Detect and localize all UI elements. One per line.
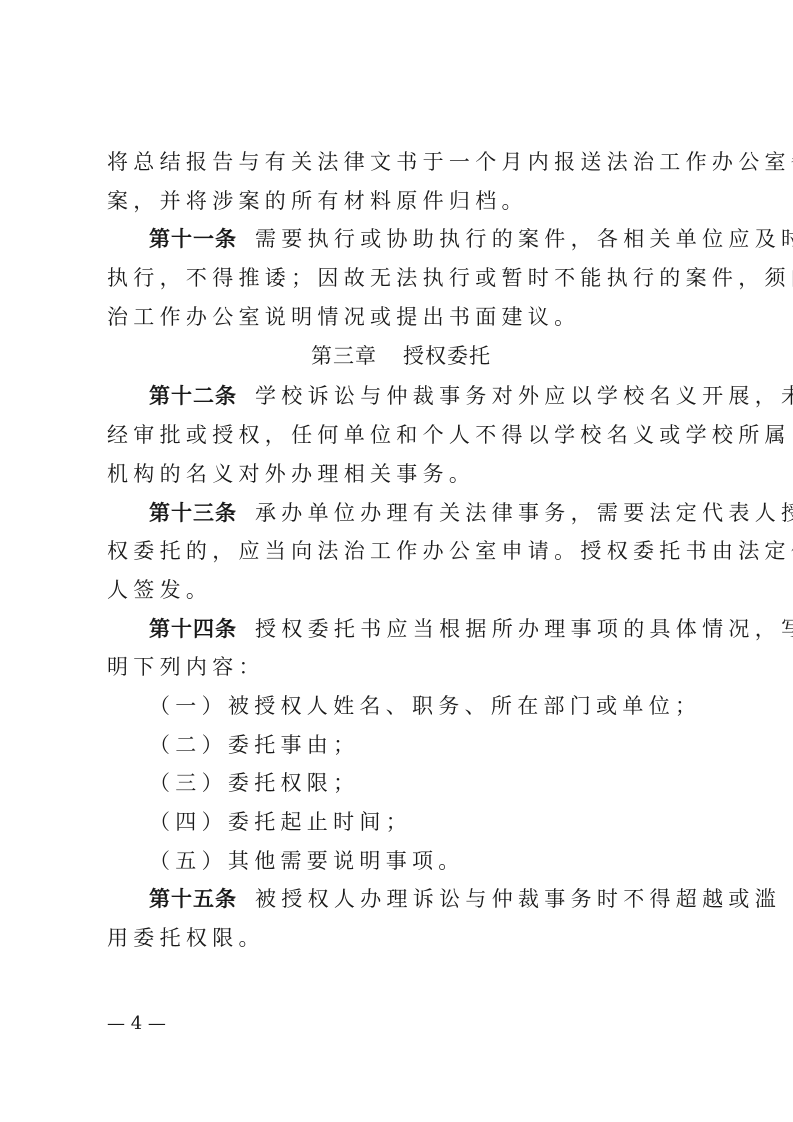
page-number: — 4 —: [107, 1012, 166, 1036]
article-13-label: 第十三条: [149, 501, 237, 525]
paragraph-line: 执行，不得推诿；因故无法执行或暂时不能执行的案件，须向法: [107, 259, 695, 298]
list-item: （五）其他需要说明事项。: [107, 842, 695, 881]
article-11-first-line: 第十一条需要执行或协助执行的案件，各相关单位应及时: [107, 220, 695, 259]
article-11-label: 第十一条: [149, 227, 237, 251]
paragraph-line: 权委托的，应当向法治工作办公室申请。授权委托书由法定代表: [107, 532, 695, 571]
article-15-text: 被授权人办理诉讼与仲裁事务时不得超越或滥: [255, 887, 781, 911]
article-14-first-line: 第十四条授权委托书应当根据所办理事项的具体情况，写: [107, 610, 695, 649]
article-14-label: 第十四条: [149, 617, 237, 641]
chapter-title: 授权委托: [403, 344, 491, 368]
article-12-label: 第十二条: [149, 384, 237, 408]
paragraph-line: 经审批或授权，任何单位和个人不得以学校名义或学校所属内设: [107, 416, 695, 455]
article-13-first-line: 第十三条承办单位办理有关法律事务，需要法定代表人授: [107, 494, 695, 533]
paragraph-line: 案，并将涉案的所有材料原件归档。: [107, 182, 695, 221]
paragraph-line: 机构的名义对外办理相关事务。: [107, 455, 695, 494]
paragraph-line: 明下列内容：: [107, 648, 695, 687]
article-14-text: 授权委托书应当根据所办理事项的具体情况，写: [255, 617, 793, 641]
paragraph-line: 将总结报告与有关法律文书于一个月内报送法治工作办公室备: [107, 143, 695, 182]
list-item: （三）委托权限；: [107, 764, 695, 803]
list-item: （二）委托事由；: [107, 726, 695, 765]
article-11-text: 需要执行或协助执行的案件，各相关单位应及时: [255, 227, 793, 251]
list-item: （一）被授权人姓名、职务、所在部门或单位；: [107, 687, 695, 726]
chapter-heading: 第三章授权委托: [107, 336, 695, 377]
list-item: （四）委托起止时间；: [107, 803, 695, 842]
document-page: 将总结报告与有关法律文书于一个月内报送法治工作办公室备 案，并将涉案的所有材料原…: [0, 0, 793, 1122]
document-body: 将总结报告与有关法律文书于一个月内报送法治工作办公室备 案，并将涉案的所有材料原…: [107, 143, 695, 958]
article-12-first-line: 第十二条学校诉讼与仲裁事务对外应以学校名义开展，未: [107, 377, 695, 416]
article-12-text: 学校诉讼与仲裁事务对外应以学校名义开展，未: [255, 384, 793, 408]
paragraph-line: 治工作办公室说明情况或提出书面建议。: [107, 298, 695, 337]
article-15-label: 第十五条: [149, 887, 237, 911]
paragraph-line: 用委托权限。: [107, 919, 695, 958]
article-15-first-line: 第十五条被授权人办理诉讼与仲裁事务时不得超越或滥: [107, 880, 695, 919]
paragraph-line: 人签发。: [107, 571, 695, 610]
article-13-text: 承办单位办理有关法律事务，需要法定代表人授: [255, 501, 793, 525]
chapter-number: 第三章: [311, 344, 377, 368]
